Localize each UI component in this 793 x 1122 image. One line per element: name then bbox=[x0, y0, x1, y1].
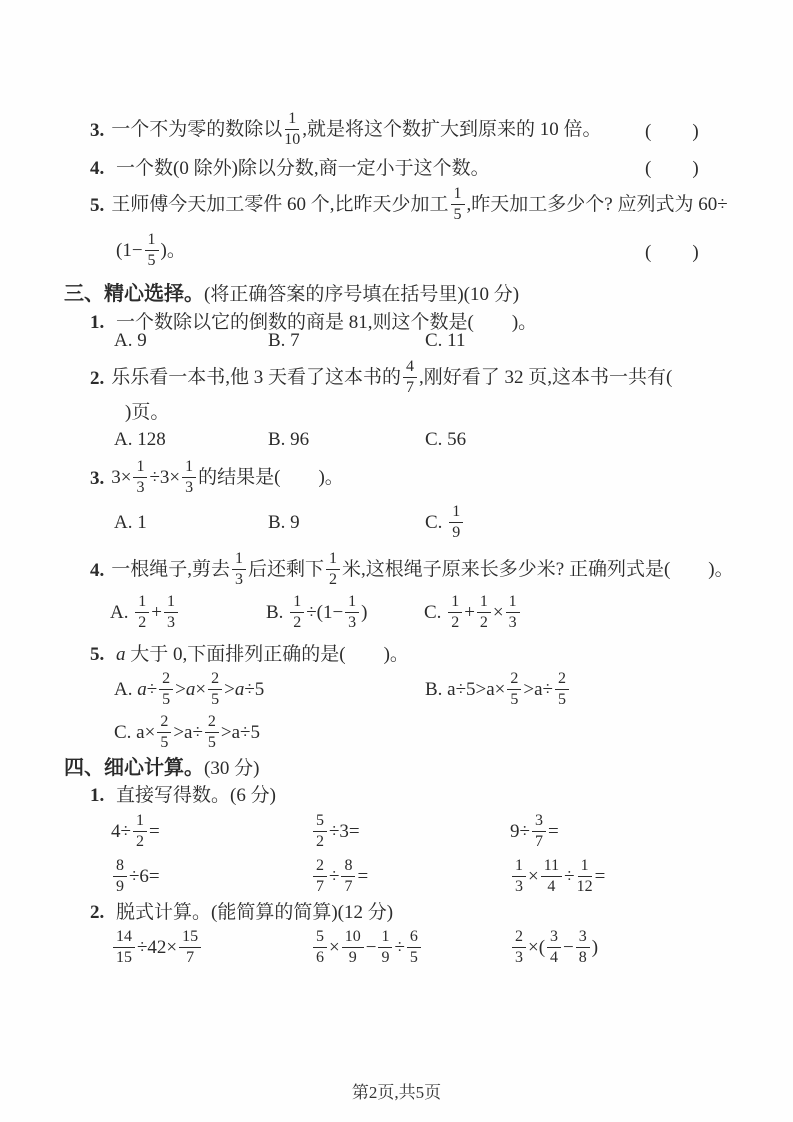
question-number: 3. bbox=[90, 467, 104, 490]
choice-question-3-options: A. 1 B. 9 C. 19 bbox=[114, 501, 465, 545]
calc-part2-label: 2. 脱式计算。(能简算的简算)(12 分) bbox=[90, 901, 393, 924]
fraction: 12 bbox=[326, 550, 340, 589]
question-number: 2. bbox=[90, 367, 104, 390]
option-b: B. a÷5>a×25>a÷25 bbox=[425, 671, 571, 710]
calc-section-header: 四、细心计算。(30 分) bbox=[64, 757, 259, 780]
question-number: 5. bbox=[90, 194, 104, 217]
fraction: 89 bbox=[113, 857, 127, 896]
question-number: 3. bbox=[90, 119, 104, 142]
judge-question-4: 4. 一个数(0 除外)除以分数,商一定小于这个数。 bbox=[90, 157, 490, 180]
choice-question-5-options-row2: C. a×25>a÷25>a÷5 bbox=[114, 711, 260, 755]
option-c: C. 56 bbox=[425, 429, 466, 451]
question-text: (1−15)。 bbox=[116, 232, 186, 271]
section-subtitle: (30 分) bbox=[204, 758, 259, 779]
option-b: B. 96 bbox=[268, 429, 425, 451]
fraction: 56 bbox=[313, 928, 327, 967]
choice-question-2: 2. 乐乐看一本书,他 3 天看了这本书的47,刚好看了 32 页,这本书一共有… bbox=[90, 356, 672, 400]
option-c: C. 12+12×13 bbox=[424, 594, 522, 633]
fraction: 13 bbox=[133, 458, 147, 497]
fraction: 25 bbox=[159, 670, 173, 709]
page-indicator: 第2页,共5页 bbox=[0, 1078, 793, 1103]
worksheet-page: 3. 一个不为零的数除以110,就是将这个数扩大到原来的 10 倍。 ( ) 4… bbox=[0, 0, 793, 1122]
choice-question-1-options: A. 9 B. 7 C. 11 bbox=[114, 330, 465, 352]
question-text: 王师傅今天加工零件 60 个,比昨天少加工15,昨天加工多少个? 应列式为 60… bbox=[111, 186, 727, 225]
fraction: 25 bbox=[507, 670, 521, 709]
choice-question-4-options: A. 12+13 B. 12÷(1−13) C. 12+12×13 bbox=[110, 591, 522, 635]
question-text: 一根绳子,剪去13后还剩下12米,这根绳子原来长多少米? 正确列式是( )。 bbox=[111, 551, 733, 590]
fraction: 38 bbox=[576, 928, 590, 967]
calc-expression: 27÷87= bbox=[311, 858, 510, 897]
fraction: 87 bbox=[341, 857, 355, 896]
section-title: 四、细心计算。 bbox=[64, 757, 204, 779]
option-b: B. 12÷(1−13) bbox=[266, 594, 424, 633]
question-text: 乐乐看一本书,他 3 天看了这本书的47,刚好看了 32 页,这本书一共有( bbox=[111, 359, 672, 398]
calc-expression: 4÷12= bbox=[111, 813, 311, 852]
fraction: 13 bbox=[232, 550, 246, 589]
calc-row-1: 4÷12= 52÷3= 9÷37= bbox=[111, 810, 559, 854]
choice-section-header: 三、精心选择。(将正确答案的序号填在括号里)(10 分) bbox=[64, 283, 519, 306]
fraction: 12 bbox=[477, 593, 491, 632]
fraction: 13 bbox=[512, 857, 526, 896]
fraction: 15 bbox=[145, 231, 159, 270]
choice-question-4: 4. 一根绳子,剪去13后还剩下12米,这根绳子原来长多少米? 正确列式是( )… bbox=[90, 548, 734, 592]
choice-question-3: 3. 3×13÷3×13的结果是( )。 bbox=[90, 456, 344, 500]
calc-expression: 23×(34−38) bbox=[510, 929, 598, 968]
calc-row-3: 1415÷42×157 56×109−19÷65 23×(34−38) bbox=[111, 926, 598, 970]
fraction: 65 bbox=[407, 928, 421, 967]
fraction: 1415 bbox=[113, 928, 135, 967]
option-b: B. 7 bbox=[268, 330, 425, 352]
calc-row-2: 89÷6= 27÷87= 13×114÷112= bbox=[111, 855, 605, 899]
question-number: 4. bbox=[90, 559, 104, 582]
fraction: 157 bbox=[179, 928, 201, 967]
fraction: 13 bbox=[506, 593, 520, 632]
section-subtitle: (将正确答案的序号填在括号里)(10 分) bbox=[204, 284, 519, 305]
option-a: A. 9 bbox=[114, 330, 268, 352]
fraction: 109 bbox=[342, 928, 364, 967]
fraction: 13 bbox=[345, 593, 359, 632]
fraction: 25 bbox=[208, 670, 222, 709]
question-number: 4. bbox=[90, 158, 104, 179]
fraction: 27 bbox=[313, 857, 327, 896]
question-number: 5. bbox=[90, 644, 104, 665]
fraction: 12 bbox=[448, 593, 462, 632]
fraction: 13 bbox=[182, 458, 196, 497]
option-b: B. 9 bbox=[268, 512, 425, 534]
option-c: C. 19 bbox=[425, 504, 465, 543]
fraction: 112 bbox=[577, 857, 593, 896]
fraction: 25 bbox=[205, 713, 219, 752]
choice-question-2-options: A. 128 B. 96 C. 56 bbox=[114, 429, 466, 451]
choice-question-5-options-row1: A. a÷25>a×25>a÷5 B. a÷5>a×25>a÷25 bbox=[114, 668, 571, 712]
fraction: 13 bbox=[164, 593, 178, 632]
option-a: A. 1 bbox=[114, 512, 268, 534]
calc-expression: 52÷3= bbox=[311, 813, 510, 852]
section-title: 三、精心选择。 bbox=[64, 283, 204, 305]
fraction: 37 bbox=[532, 812, 546, 851]
option-a: A. a÷25>a×25>a÷5 bbox=[114, 671, 425, 710]
calc-expression: 89÷6= bbox=[111, 858, 311, 897]
choice-question-2-line2: )页。 bbox=[125, 401, 169, 424]
part-number: 2. bbox=[90, 902, 104, 923]
question-text: 一个数(0 除外)除以分数,商一定小于这个数。 bbox=[116, 158, 490, 179]
fraction: 12 bbox=[290, 593, 304, 632]
part-label: 脱式计算。(能简算的简算)(12 分) bbox=[116, 902, 393, 923]
calc-expression: 9÷37= bbox=[510, 813, 559, 852]
fraction: 12 bbox=[135, 593, 149, 632]
judge-question-5-line1: 5. 王师傅今天加工零件 60 个,比昨天少加工15,昨天加工多少个? 应列式为… bbox=[90, 183, 728, 227]
fraction: 23 bbox=[512, 928, 526, 967]
calc-expression: 1415÷42×157 bbox=[111, 929, 311, 968]
fraction: 19 bbox=[378, 928, 392, 967]
fraction: 12 bbox=[133, 812, 147, 851]
option-a: A. 12+13 bbox=[110, 594, 266, 633]
judge-question-5-line2: (1−15)。 bbox=[116, 229, 186, 273]
fraction: 114 bbox=[541, 857, 562, 896]
answer-bracket: ( ) bbox=[645, 157, 700, 180]
fraction: 25 bbox=[157, 713, 171, 752]
question-text: )页。 bbox=[125, 402, 169, 423]
part-label: 直接写得数。(6 分) bbox=[116, 785, 276, 806]
question-text: 3×13÷3×13的结果是( )。 bbox=[111, 459, 344, 498]
fraction: 110 bbox=[284, 110, 300, 149]
calc-part1-label: 1. 直接写得数。(6 分) bbox=[90, 784, 276, 807]
fraction: 47 bbox=[403, 358, 417, 397]
answer-bracket: ( ) bbox=[645, 120, 700, 143]
calc-expression: 13×114÷112= bbox=[510, 858, 605, 897]
fraction: 34 bbox=[547, 928, 561, 967]
fraction: 19 bbox=[449, 503, 463, 542]
option-c: C. a×25>a÷25>a÷5 bbox=[114, 714, 260, 753]
option-c: C. 11 bbox=[425, 330, 465, 352]
fraction: 25 bbox=[555, 670, 569, 709]
fraction: 52 bbox=[313, 812, 327, 851]
fraction: 15 bbox=[451, 185, 465, 224]
choice-question-5: 5. a 大于 0,下面排列正确的是( )。 bbox=[90, 643, 409, 666]
calc-expression: 56×109−19÷65 bbox=[311, 929, 510, 968]
option-a: A. 128 bbox=[114, 429, 268, 451]
part-number: 1. bbox=[90, 785, 104, 806]
answer-bracket: ( ) bbox=[645, 241, 700, 264]
question-text: a 大于 0,下面排列正确的是( )。 bbox=[116, 644, 409, 665]
question-text: 一个不为零的数除以110,就是将这个数扩大到原来的 10 倍。 bbox=[111, 111, 601, 150]
judge-question-3: 3. 一个不为零的数除以110,就是将这个数扩大到原来的 10 倍。 bbox=[90, 108, 602, 152]
question-number: 1. bbox=[90, 312, 104, 333]
